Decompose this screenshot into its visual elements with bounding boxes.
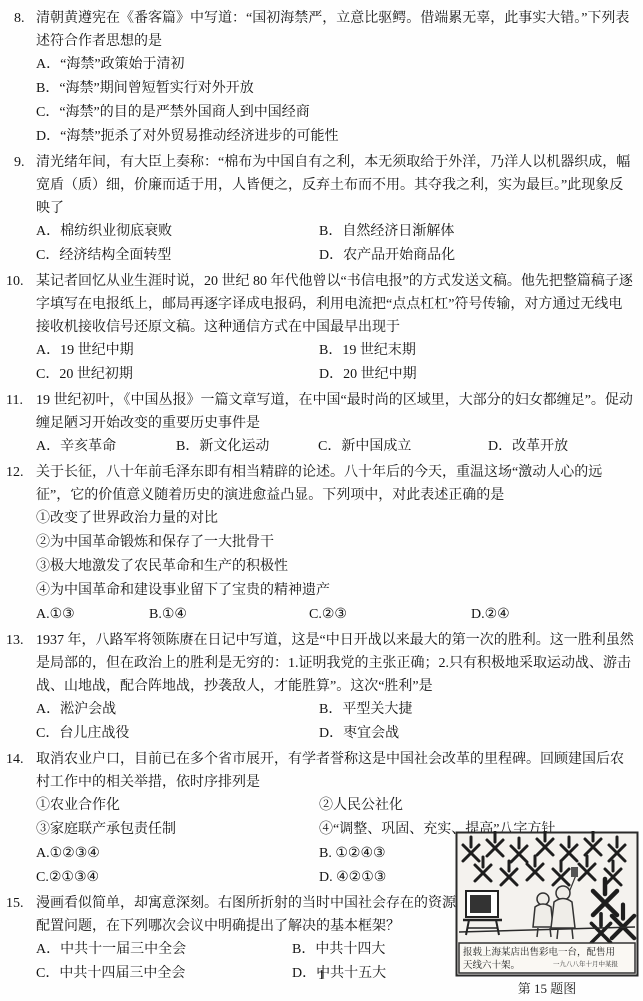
option-c: C.②①③④: [36, 866, 319, 890]
subitems-row: ①农业合作化 ②人民公社化: [36, 794, 634, 818]
option-a: A．“海禁”政策始于清初: [36, 53, 634, 77]
options-row: A．中共十一届三中全会 B．中共十四大: [36, 938, 460, 962]
option-a: A．淞沪会战: [36, 698, 319, 722]
option-a: A.①②③④: [36, 842, 319, 866]
options-row: A.①③ B.①④ C.②③ D.②④: [36, 603, 634, 627]
option-b: B．“海禁”期间曾短暂实行对外开放: [36, 77, 634, 101]
subitems: ①改变了世界政治力量的对比 ②为中国革命锻炼和保存了一大批骨干 ③极大地激发了农…: [36, 507, 634, 603]
subitem-2: ②人民公社化: [319, 794, 634, 818]
subitem-1: ①改变了世界政治力量的对比: [36, 507, 634, 531]
option-d: D．改革开放: [488, 435, 634, 459]
question-9: 9. 清光绪年间，有大臣上奏称：“棉布为中国自有之利，本无须取给于外洋，乃洋人以…: [6, 151, 634, 268]
option-c: C．台儿庄战役: [36, 722, 319, 746]
option-b: B．新文化运动: [176, 435, 318, 459]
options: A．“海禁”政策始于清初 B．“海禁”期间曾短暂实行对外开放 C．“海禁”的目的…: [36, 53, 634, 149]
tv-icon: [463, 891, 502, 935]
question-stem: 19 世纪初叶，《中国丛报》一篇文章写道，在中国“最时尚的区域里，大部分的妇女都…: [36, 389, 634, 435]
option-b: B．中共十四大: [292, 938, 460, 962]
option-a: A．19 世纪中期: [36, 339, 319, 363]
question-body: 关于长征，八十年前毛泽东即有相当精辟的论述。八十年后的今天，重温这场“激动人心的…: [36, 461, 634, 627]
question-12: 12. 关于长征，八十年前毛泽东即有相当精辟的论述。八十年后的今天，重温这场“激…: [6, 461, 634, 627]
question-number: 8.: [6, 7, 36, 149]
options-row: C．20 世纪初期 D．20 世纪中期: [36, 363, 634, 387]
options-row: C．经济结构全面转型 D．农产品开始商品化: [36, 244, 634, 268]
option-d: D．枣宜会战: [319, 722, 634, 746]
question-body: 清光绪年间，有大臣上奏称：“棉布为中国自有之利，本无须取给于外洋，乃洋人以机器织…: [36, 151, 634, 268]
question-11: 11. 19 世纪初叶，《中国丛报》一篇文章写道，在中国“最时尚的区域里，大部分…: [6, 389, 634, 459]
question-8: 8. 清朝黄遵宪在《番客篇》中写道：“国初海禁严，立意比驱鳄。借端累无辜，此事实…: [6, 7, 634, 149]
question-stem: 取消农业户口，目前已在多个省市展开，有学者誉称这是中国社会改革的里程碑。回顾建国…: [36, 748, 634, 794]
question-stem: 清朝黄遵宪在《番客篇》中写道：“国初海禁严，立意比驱鳄。借端累无辜，此事实大错。…: [36, 7, 634, 53]
question-10: 10. 某记者回忆从业生涯时说，20 世纪 80 年代他曾以“书信电报”的方式发…: [6, 270, 634, 387]
option-d: D．20 世纪中期: [319, 363, 634, 387]
option-d: D.②④: [471, 603, 634, 627]
option-c: C.②③: [309, 603, 471, 627]
option-a: A.①③: [36, 603, 149, 627]
options-row: A．19 世纪中期 B．19 世纪末期: [36, 339, 634, 363]
option-c: C．新中国成立: [318, 435, 488, 459]
question-stem: 清光绪年间，有大臣上奏称：“棉布为中国自有之利，本无须取给于外洋，乃洋人以机器织…: [36, 151, 634, 220]
question-stem: 关于长征，八十年前毛泽东即有相当精辟的论述。八十年后的今天，重温这场“激动人心的…: [36, 461, 634, 507]
option-b: B．自然经济日渐解体: [319, 220, 634, 244]
subitem-4: ④为中国革命和建设事业留下了宝贵的精神遗产: [36, 579, 634, 603]
option-a: A．棉纺织业彻底衰败: [36, 220, 319, 244]
question-body: 清朝黄遵宪在《番客篇》中写道：“国初海禁严，立意比驱鳄。借端累无辜，此事实大错。…: [36, 7, 634, 149]
option-a: A．中共十一届三中全会: [36, 938, 292, 962]
options-row: A．棉纺织业彻底衰败 B．自然经济日渐解体: [36, 220, 634, 244]
options-row: A．辛亥革命 B．新文化运动 C．新中国成立 D．改革开放: [36, 435, 634, 459]
question-stem: 漫画看似简单，却寓意深刻。右图所折射的当时中国社会存在的资源配置问题，在下列哪次…: [36, 892, 460, 938]
subitem-3: ③极大地激发了农民革命和生产的积极性: [36, 555, 634, 579]
options-row: A．淞沪会战 B．平型关大捷: [36, 698, 634, 722]
question-13: 13. 1937 年，八路军将领陈赓在日记中写道，这是“中日开战以来最大的第一次…: [6, 629, 634, 746]
option-c: C．20 世纪初期: [36, 363, 319, 387]
cartoon-text-line1: 报载上海某店出售彩电一台，配售用: [463, 946, 615, 958]
question-stem: 1937 年，八路军将领陈赓在日记中写道，这是“中日开战以来最大的第一次的胜利。…: [36, 629, 634, 698]
option-d: D．农产品开始商品化: [319, 244, 634, 268]
subitem-1: ①农业合作化: [36, 794, 319, 818]
option-a: A．辛亥革命: [36, 435, 176, 459]
exam-page: 8. 清朝黄遵宪在《番客篇》中写道：“国初海禁严，立意比驱鳄。借端累无辜，此事实…: [0, 0, 643, 1001]
option-c: C．“海禁”的目的是严禁外国商人到中国经商: [36, 101, 634, 125]
question-number: 12.: [6, 461, 36, 627]
option-b: B．平型关大捷: [319, 698, 634, 722]
question-number: 13.: [6, 629, 36, 746]
option-b: B.①④: [149, 603, 309, 627]
question-number: 9.: [6, 151, 36, 268]
page-number: 1: [0, 968, 643, 984]
option-c: C．经济结构全面转型: [36, 244, 319, 268]
question-number: 10.: [6, 270, 36, 387]
cartoon-image: 报载上海某店出售彩电一台，配售用 天线六十架。 一九八八年十月中某报: [455, 831, 639, 977]
question-body: 19 世纪初叶，《中国丛报》一篇文章写道，在中国“最时尚的区域里，大部分的妇女都…: [36, 389, 634, 459]
option-b: B．19 世纪末期: [319, 339, 634, 363]
subitem-3: ③家庭联产承包责任制: [36, 818, 319, 842]
cartoon-text-date: 一九八八年十月中某报: [553, 959, 619, 968]
subitem-2: ②为中国革命锻炼和保存了一大批骨干: [36, 531, 634, 555]
options-row: C．台儿庄战役 D．枣宜会战: [36, 722, 634, 746]
question-number: 14.: [6, 748, 36, 890]
question-body: 1937 年，八路军将领陈赓在日记中写道，这是“中日开战以来最大的第一次的胜利。…: [36, 629, 634, 746]
option-d: D．“海禁”扼杀了对外贸易推动经济进步的可能性: [36, 125, 634, 149]
question-stem: 某记者回忆从业生涯时说，20 世纪 80 年代他曾以“书信电报”的方式发送文稿。…: [36, 270, 634, 339]
question-number: 11.: [6, 389, 36, 459]
question-body: 某记者回忆从业生涯时说，20 世纪 80 年代他曾以“书信电报”的方式发送文稿。…: [36, 270, 634, 387]
